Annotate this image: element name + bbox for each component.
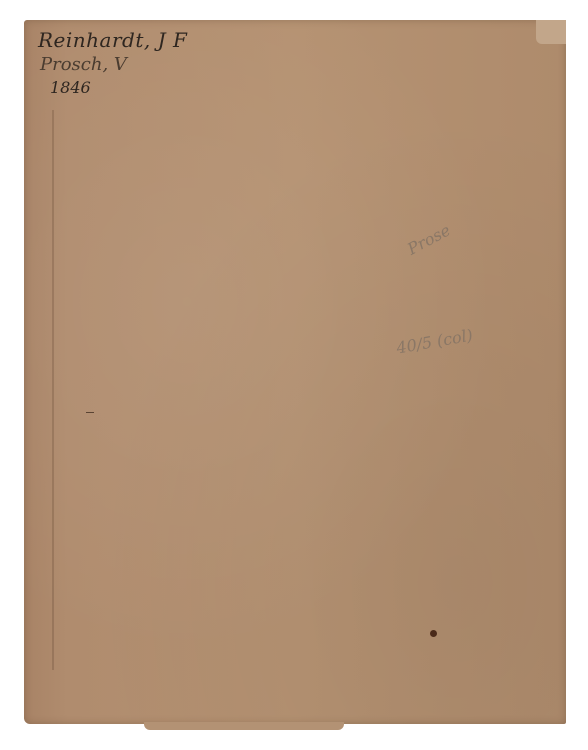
paper-edge: [144, 722, 344, 730]
pencil-note-prose: Prose: [404, 220, 453, 258]
year-inscription: 1846: [50, 78, 91, 97]
author-inscription: Reinhardt, J F: [38, 28, 187, 52]
torn-corner: [536, 20, 566, 44]
pencil-mark: [86, 412, 94, 413]
paper-cover: Reinhardt, J F Prosch, V 1846 Prose 40/5…: [24, 20, 566, 724]
stain-spot: [430, 630, 437, 637]
coauthor-inscription: Prosch, V: [40, 54, 127, 75]
pencil-note-fraction: 40/5 (col): [395, 325, 474, 357]
